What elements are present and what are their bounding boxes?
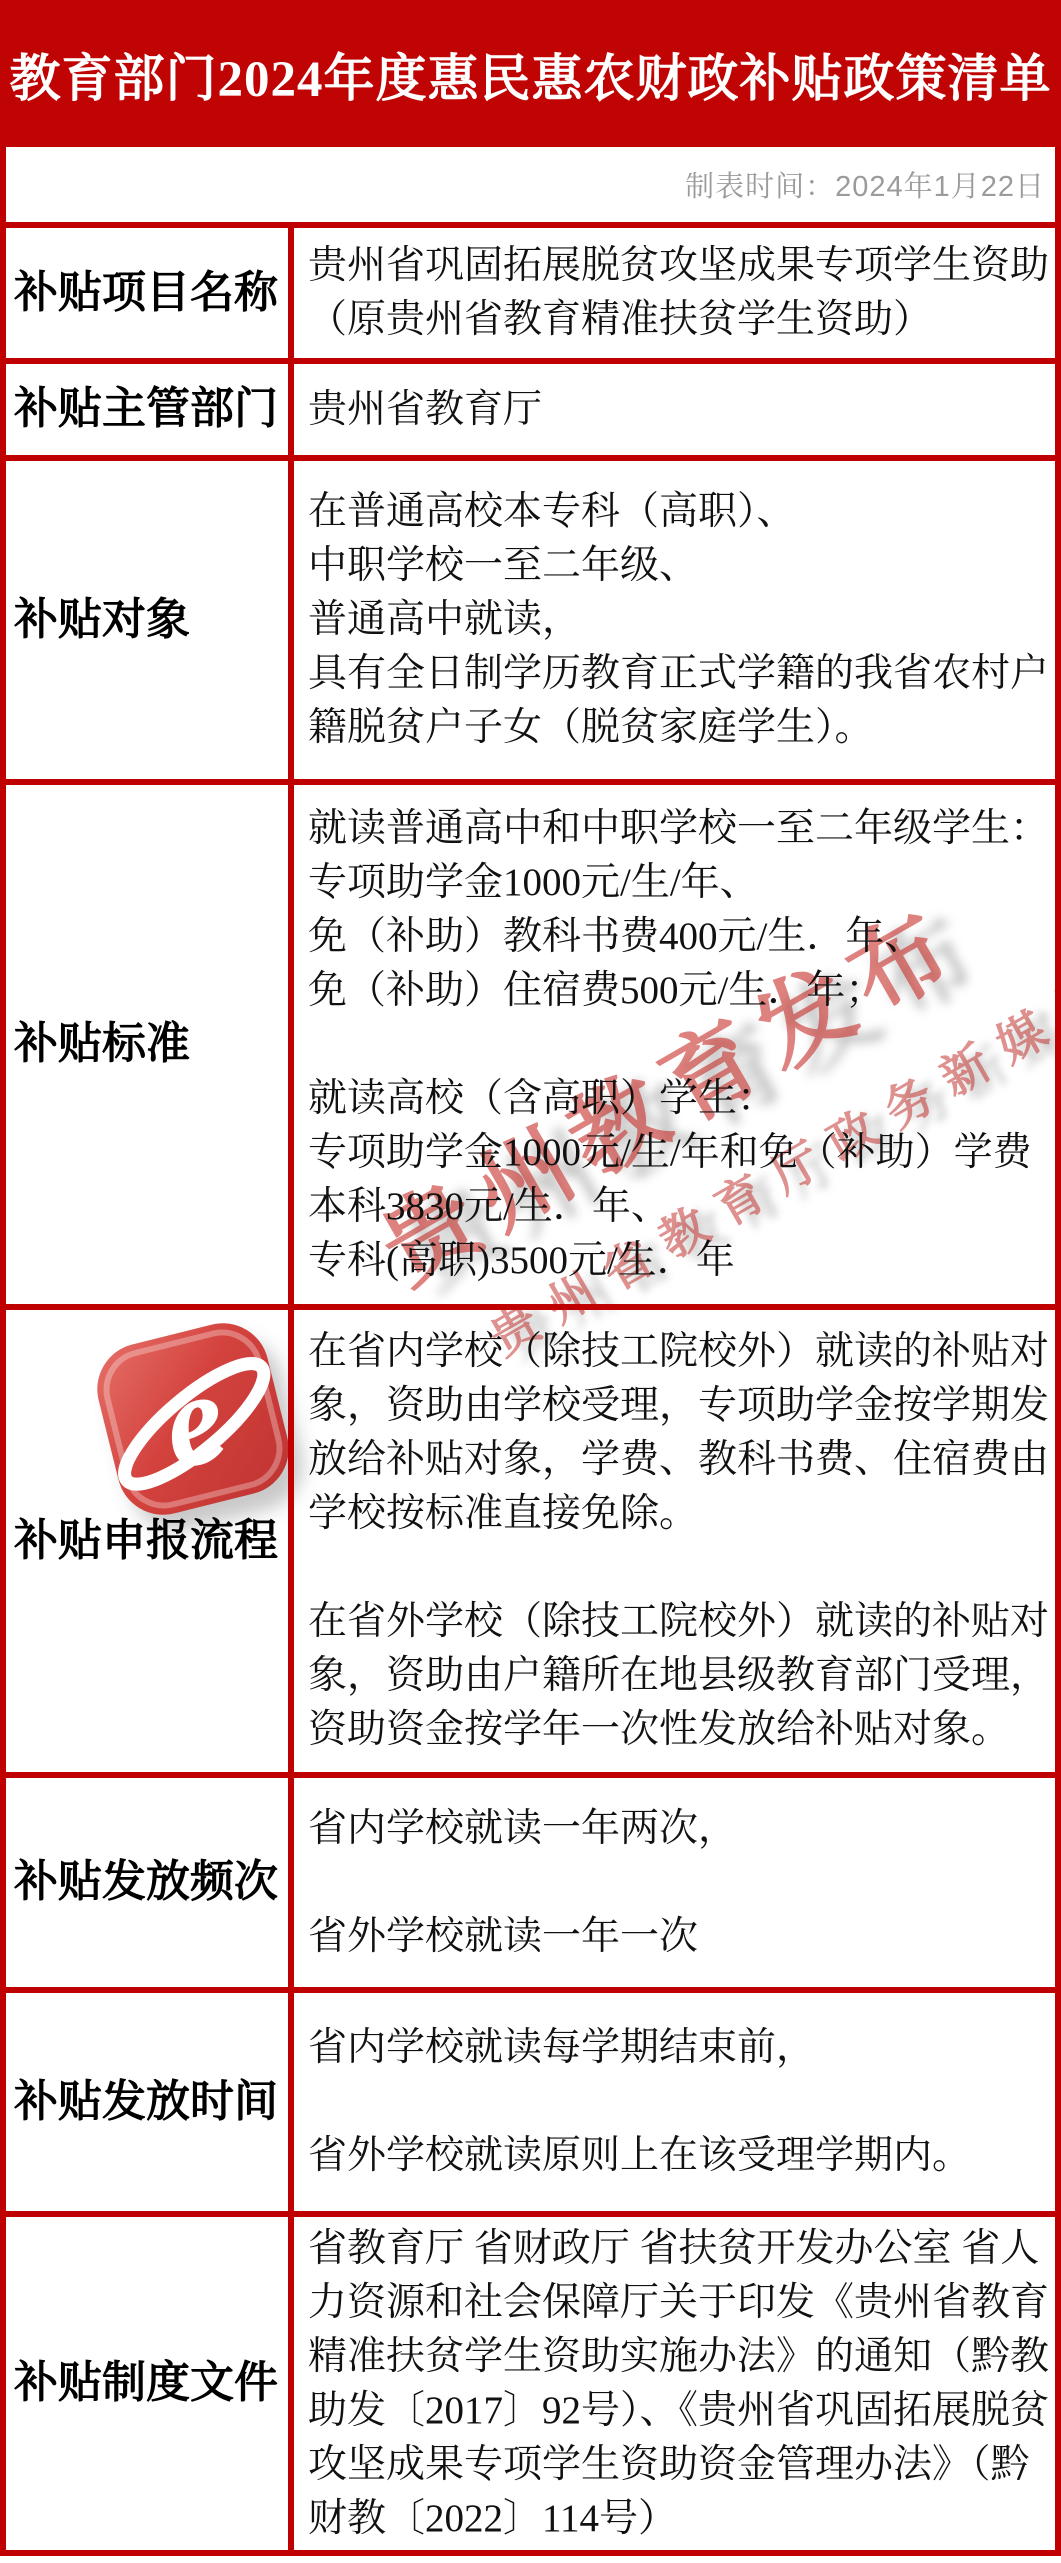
row-label-application-process: 补贴申报流程	[6, 1310, 294, 1772]
paragraph: 省教育厅 省财政厅 省扶贫开发办公室 省人力资源和社会保障厅关于印发《贵州省教育…	[308, 2222, 1051, 2546]
row-label-standard: 补贴标准	[6, 785, 294, 1304]
paragraph: 就读高校（含高职）学生：专项助学金1000元/生/年和免（补助）学费本科3830…	[308, 1072, 1051, 1288]
text-line: 省外学校就读原则上在该受理学期内。	[308, 2129, 1051, 2183]
table-row-standard: 补贴标准就读普通高中和中职学校一至二年级学生：专项助学金1000元/生/年、免（…	[6, 779, 1055, 1304]
text-line: 贵州省巩固拓展脱贫攻坚成果专项学生资助（原贵州省教育精准扶贫学生资助）	[308, 239, 1051, 347]
row-content-project-name: 贵州省巩固拓展脱贫攻坚成果专项学生资助（原贵州省教育精准扶贫学生资助）	[294, 228, 1055, 358]
table-row-application-process: 补贴申报流程在省内学校（除技工院校外）就读的补贴对象，资助由学校受理，专项助学金…	[6, 1304, 1055, 1772]
table-meta-row: 制表时间：2024年1月22日	[6, 147, 1055, 222]
text-line: 本科3830元/生．年、	[308, 1180, 1051, 1234]
paragraph: 省内学校就读每学期结束前，	[308, 2021, 1051, 2075]
text-line: 专项助学金1000元/生/年、	[308, 856, 1051, 910]
text-line: 省内学校就读每学期结束前，	[308, 2021, 1051, 2075]
text-line: 贵州省教育厅	[308, 383, 1051, 437]
paragraph: 在省内学校（除技工院校外）就读的补贴对象，资助由学校受理，专项助学金按学期发放给…	[308, 1325, 1051, 1541]
text-line: 中职学校一至二年级、	[308, 539, 1051, 593]
text-line: 在省内学校（除技工院校外）就读的补贴对象，资助由学校受理，专项助学金按学期发放给…	[308, 1325, 1051, 1541]
paragraph: 在普通高校本专科（高职）、中职学校一至二年级、普通高中就读，具有全日制学历教育正…	[308, 485, 1051, 755]
table-date: 制表时间：2024年1月22日	[685, 164, 1045, 205]
text-line: 省外学校就读一年一次	[308, 1910, 1051, 1964]
policy-table: 制表时间：2024年1月22日 补贴项目名称贵州省巩固拓展脱贫攻坚成果专项学生资…	[0, 147, 1061, 2556]
paragraph: 贵州省巩固拓展脱贫攻坚成果专项学生资助（原贵州省教育精准扶贫学生资助）	[308, 239, 1051, 347]
paragraph: 省内学校就读一年两次，	[308, 1802, 1051, 1856]
paragraph: 贵州省教育厅	[308, 383, 1051, 437]
text-line: 就读高校（含高职）学生：	[308, 1072, 1051, 1126]
header-banner: 教育部门2024年度惠民惠农财政补贴政策清单	[0, 0, 1061, 147]
text-line: 省内学校就读一年两次，	[308, 1802, 1051, 1856]
row-content-frequency: 省内学校就读一年两次，省外学校就读一年一次	[294, 1778, 1055, 1987]
row-content-payment-time: 省内学校就读每学期结束前，省外学校就读原则上在该受理学期内。	[294, 1993, 1055, 2211]
table-row-frequency: 补贴发放频次省内学校就读一年两次，省外学校就读一年一次	[6, 1772, 1055, 1987]
row-label-policy-documents: 补贴制度文件	[6, 2217, 294, 2550]
text-line: 在普通高校本专科（高职）、	[308, 485, 1051, 539]
table-row-payment-time: 补贴发放时间省内学校就读每学期结束前，省外学校就读原则上在该受理学期内。	[6, 1987, 1055, 2211]
paragraph: 在省外学校（除技工院校外）就读的补贴对象，资助由户籍所在地县级教育部门受理，资助…	[308, 1595, 1051, 1757]
row-label-payment-time: 补贴发放时间	[6, 1993, 294, 2211]
policy-table-rows: 补贴项目名称贵州省巩固拓展脱贫攻坚成果专项学生资助（原贵州省教育精准扶贫学生资助…	[6, 222, 1055, 2550]
paragraph: 省外学校就读原则上在该受理学期内。	[308, 2129, 1051, 2183]
row-label-target: 补贴对象	[6, 461, 294, 779]
text-line: 专项助学金1000元/生/年和免（补助）学费	[308, 1126, 1051, 1180]
row-content-policy-documents: 省教育厅 省财政厅 省扶贫开发办公室 省人力资源和社会保障厅关于印发《贵州省教育…	[294, 2217, 1055, 2550]
table-row-target: 补贴对象在普通高校本专科（高职）、中职学校一至二年级、普通高中就读，具有全日制学…	[6, 455, 1055, 779]
row-content-application-process: 在省内学校（除技工院校外）就读的补贴对象，资助由学校受理，专项助学金按学期发放给…	[294, 1310, 1055, 1772]
table-row-authority: 补贴主管部门贵州省教育厅	[6, 358, 1055, 455]
row-content-standard: 就读普通高中和中职学校一至二年级学生：专项助学金1000元/生/年、免（补助）教…	[294, 785, 1055, 1304]
paragraph: 省外学校就读一年一次	[308, 1910, 1051, 1964]
paragraph: 就读普通高中和中职学校一至二年级学生：专项助学金1000元/生/年、免（补助）教…	[308, 802, 1051, 1018]
text-line: 就读普通高中和中职学校一至二年级学生：	[308, 802, 1051, 856]
text-line: 在省外学校（除技工院校外）就读的补贴对象，资助由户籍所在地县级教育部门受理，资助…	[308, 1595, 1051, 1757]
text-line: 具有全日制学历教育正式学籍的我省农村户籍脱贫户子女（脱贫家庭学生）。	[308, 647, 1051, 755]
row-content-authority: 贵州省教育厅	[294, 364, 1055, 455]
policy-poster: e 贵州教育发布 贵州省教育厅政务新媒体 教育部门2024年度惠民惠农财政补贴政…	[0, 0, 1061, 2563]
table-row-project-name: 补贴项目名称贵州省巩固拓展脱贫攻坚成果专项学生资助（原贵州省教育精准扶贫学生资助…	[6, 222, 1055, 358]
text-line: 免（补助）住宿费500元/生．年；	[308, 964, 1051, 1018]
row-label-authority: 补贴主管部门	[6, 364, 294, 455]
text-line: 免（补助）教科书费400元/生．年、	[308, 910, 1051, 964]
text-line: 省教育厅 省财政厅 省扶贫开发办公室 省人力资源和社会保障厅关于印发《贵州省教育…	[308, 2222, 1051, 2546]
row-label-project-name: 补贴项目名称	[6, 228, 294, 358]
row-content-target: 在普通高校本专科（高职）、中职学校一至二年级、普通高中就读，具有全日制学历教育正…	[294, 461, 1055, 779]
text-line: 专科(高职)3500元/生．年	[308, 1234, 1051, 1288]
text-line: 普通高中就读，	[308, 593, 1051, 647]
page-title: 教育部门2024年度惠民惠农财政补贴政策清单	[9, 37, 1051, 111]
table-row-policy-documents: 补贴制度文件省教育厅 省财政厅 省扶贫开发办公室 省人力资源和社会保障厅关于印发…	[6, 2211, 1055, 2550]
row-label-frequency: 补贴发放频次	[6, 1778, 294, 1987]
